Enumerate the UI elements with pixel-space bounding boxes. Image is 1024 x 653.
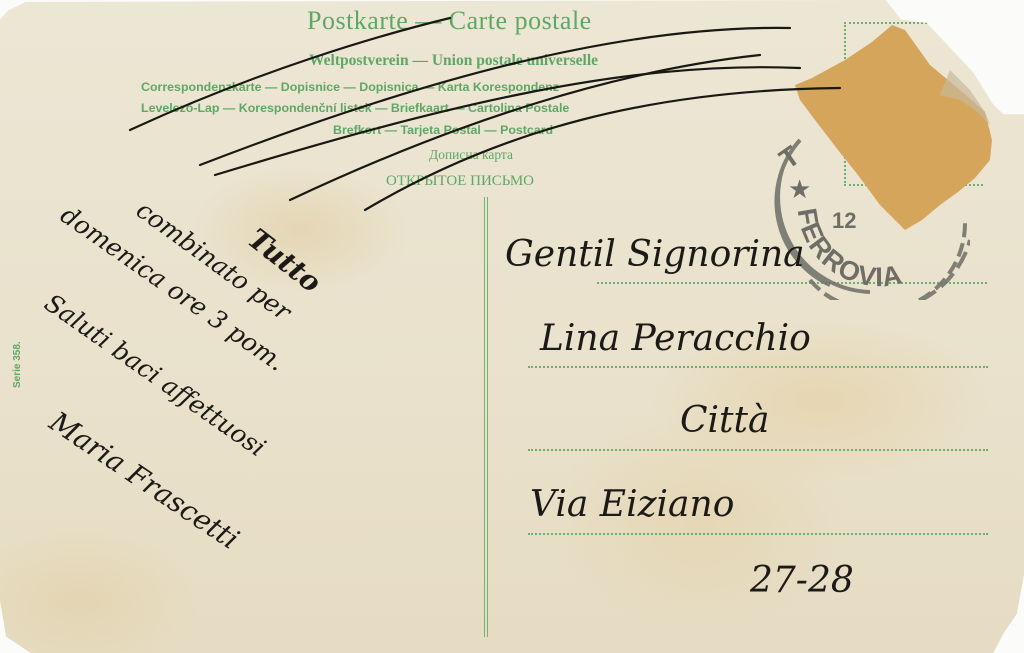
postcard-back: Postkarte — Carte postale Weltpostverein… (0, 0, 1024, 653)
printed-cyrillic-bulgarian: Дописна карта (429, 147, 513, 163)
address-recipient-name: Lina Peracchio (540, 318, 811, 359)
printed-cyrillic-russian: ОТКРЫТОЕ ПИСЬМО (386, 173, 534, 190)
printed-languages-line-3: Brefkort — Tarjeta Postal — Postcard (333, 123, 553, 137)
printed-title: Postkarte — Carte postale (307, 6, 592, 36)
address-salutation: Gentil Signorina (505, 234, 805, 275)
printed-union-postale: Weltpostverein — Union postale universel… (309, 52, 598, 70)
postmark-star-icon: ★ (788, 175, 811, 204)
printed-languages-line-2: Levelezö-Lap — Korespondenční listek — B… (141, 101, 569, 115)
postmark-date: 12 (832, 208, 856, 233)
center-divider (484, 197, 488, 637)
address-city: Città (680, 400, 769, 441)
postmark-top-text: T (774, 140, 806, 175)
address-house-number: 27-28 (750, 560, 854, 601)
printed-languages-line-1: Correspondenzkarte — Dopisnice — Dopisni… (141, 80, 559, 94)
address-line-4 (528, 533, 988, 535)
address-line-3 (528, 449, 988, 451)
address-line-2 (528, 366, 988, 368)
series-number: Serie 358. (12, 341, 23, 388)
address-street: Via Eiziano (530, 484, 734, 525)
